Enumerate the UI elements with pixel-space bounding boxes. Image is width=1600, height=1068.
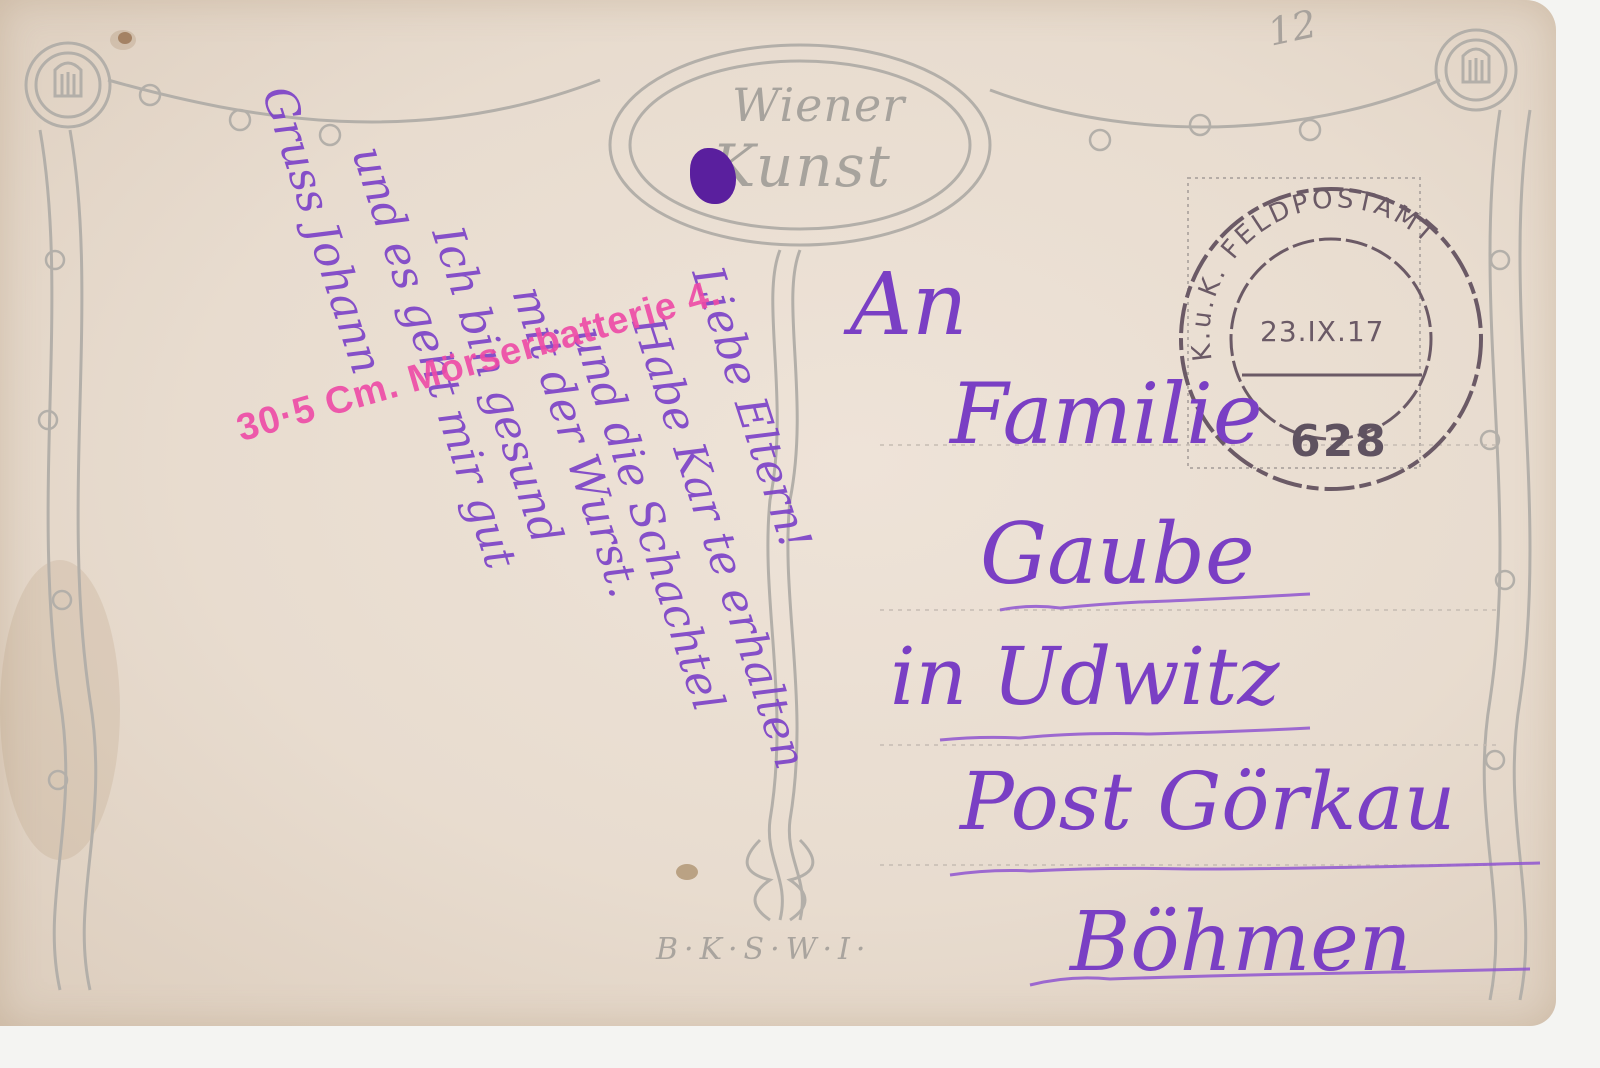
postcard: Wiener Kunst B·K·S·W·I· 12 Liebe Eltern!… — [0, 0, 1556, 1026]
address-underlines — [0, 0, 1556, 1026]
